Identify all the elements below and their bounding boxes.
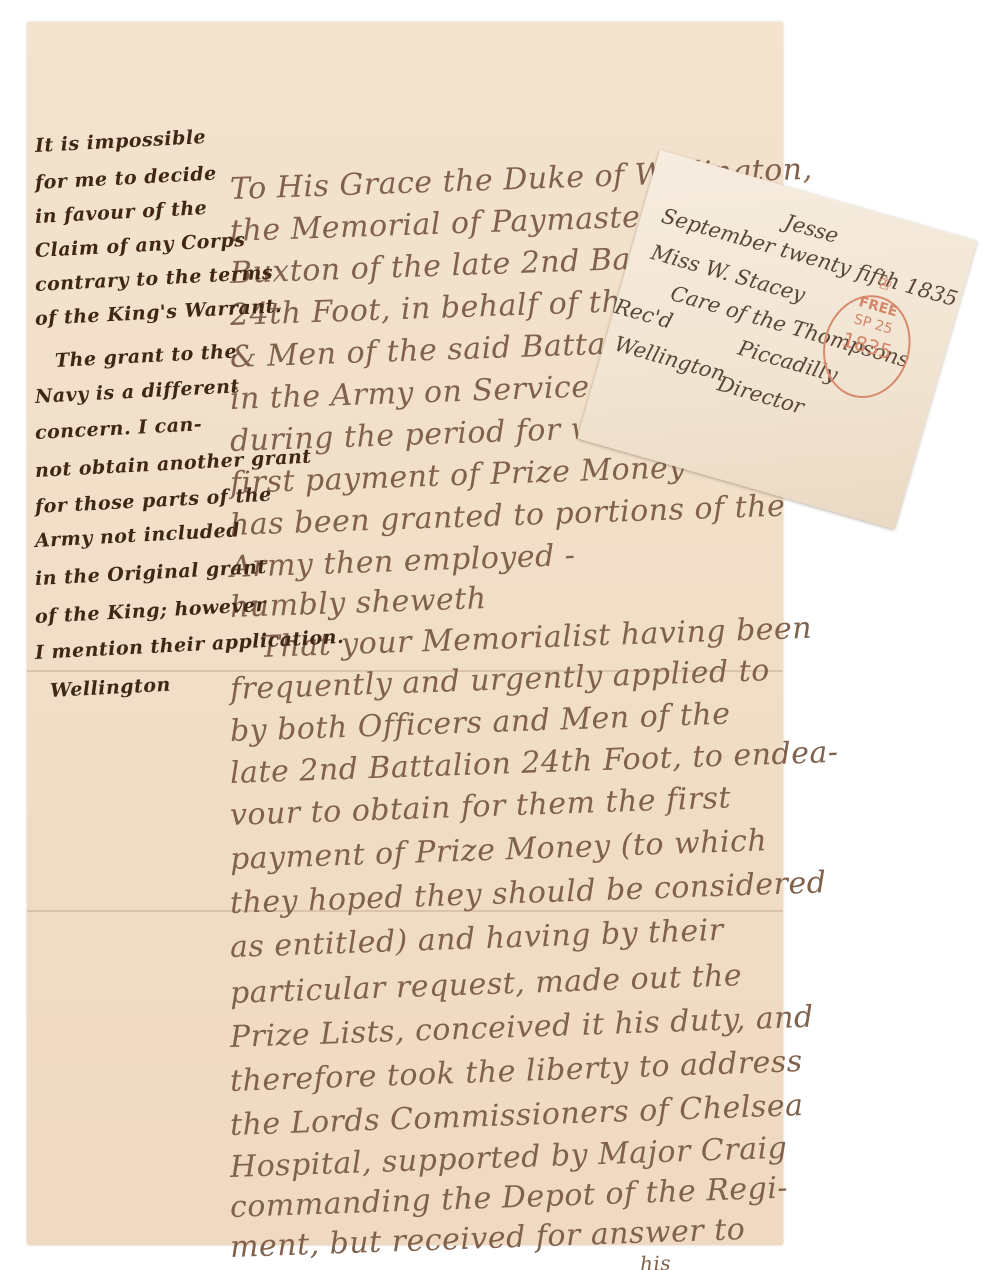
postmark-stamp: ♔ FREE SP 25 1835	[811, 285, 922, 409]
envelope-line: Director	[715, 371, 807, 419]
main-text-line: his	[640, 1251, 672, 1270]
envelope-line: Rec'd	[612, 294, 676, 333]
postmark-year: 1835	[825, 326, 909, 366]
envelope-line: Wellington	[612, 332, 728, 387]
